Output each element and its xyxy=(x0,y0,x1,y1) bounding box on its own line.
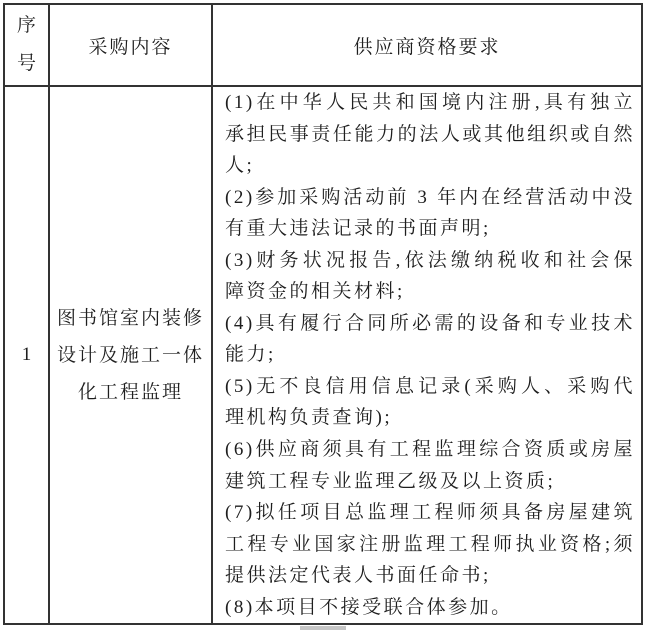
requirement-line: 建筑工程专业监理乙级及以上资质; xyxy=(225,466,635,498)
scan-artifact xyxy=(300,626,346,630)
requirement-line: 障资金的相关材料; xyxy=(225,276,635,308)
table-row: 1 图书馆室内装修设计及施工一体化工程监理 (1)在中华人民共和国境内注册,具有… xyxy=(4,86,642,624)
header-procurement-content: 采购内容 xyxy=(49,4,212,86)
header-serial-number: 序号 xyxy=(4,4,49,86)
supplier-qualification-table: 序号 采购内容 供应商资格要求 1 图书馆室内装修设计及施工一体化工程监理 (1… xyxy=(3,3,643,625)
requirement-line: 工程专业国家注册监理工程师执业资格;须 xyxy=(225,529,635,561)
header-row: 序号 采购内容 供应商资格要求 xyxy=(4,4,642,86)
requirement-line: 承担民事责任能力的法人或其他组织或自然 xyxy=(225,119,635,151)
cell-supplier-qualifications: (1)在中华人民共和国境内注册,具有独立承担民事责任能力的法人或其他组织或自然人… xyxy=(212,86,642,624)
header-supplier-qualifications: 供应商资格要求 xyxy=(212,4,642,86)
requirement-line: (7)拟任项目总监理工程师须具备房屋建筑 xyxy=(225,497,635,529)
requirement-line: (4)具有履行合同所必需的设备和专业技术 xyxy=(225,308,635,340)
requirement-line: 人; xyxy=(225,150,635,182)
cell-serial-number: 1 xyxy=(4,86,49,624)
requirement-line: 有重大违法记录的书面声明; xyxy=(225,213,635,245)
requirement-line: 理机构负责查询); xyxy=(225,402,635,434)
requirement-line: (3)财务状况报告,依法缴纳税收和社会保 xyxy=(225,245,635,277)
requirement-line: (1)在中华人民共和国境内注册,具有独立 xyxy=(225,87,635,119)
requirement-line: (2)参加采购活动前 3 年内在经营活动中没 xyxy=(225,182,635,214)
requirement-line: (6)供应商须具有工程监理综合资质或房屋 xyxy=(225,434,635,466)
requirement-line: 能力; xyxy=(225,339,635,371)
cell-procurement-content: 图书馆室内装修设计及施工一体化工程监理 xyxy=(49,86,212,624)
document-page: 序号 采购内容 供应商资格要求 1 图书馆室内装修设计及施工一体化工程监理 (1… xyxy=(0,0,647,631)
requirement-line: (8)本项目不接受联合体参加。 xyxy=(225,592,635,624)
requirement-line: (5)无不良信用信息记录(采购人、采购代 xyxy=(225,371,635,403)
requirement-line: 提供法定代表人书面任命书; xyxy=(225,560,635,592)
